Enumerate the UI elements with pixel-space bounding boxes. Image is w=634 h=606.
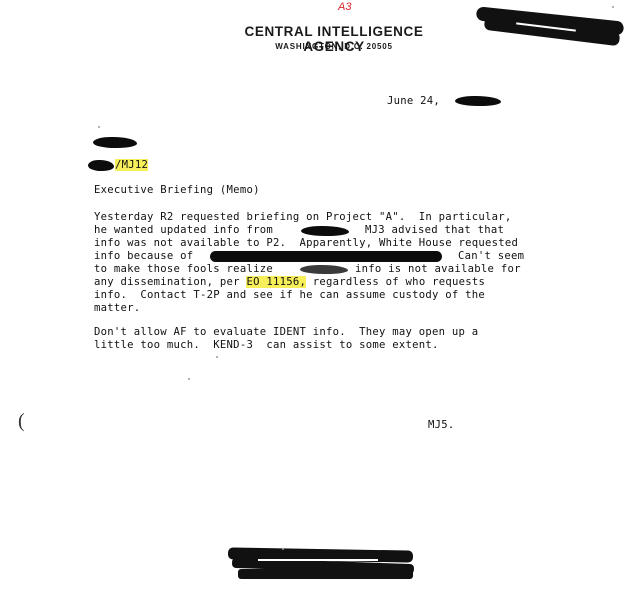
margin-annotation: A3 <box>338 1 351 13</box>
signature: MJ5. <box>428 419 455 432</box>
p1-line7: info. Contact T-2P and see if he can ass… <box>94 289 485 302</box>
p1-subject-redaction <box>300 265 348 274</box>
memo-date: June 24, <box>387 95 440 108</box>
p1-line5a: to make those fools realize <box>94 263 273 276</box>
scan-speck <box>282 548 284 550</box>
p1-line5b: info is not available for <box>355 263 521 276</box>
p1-line6: any dissemination, per EO 11156, regardl… <box>94 276 485 289</box>
p1-line4b: Can't seem <box>458 250 524 263</box>
p1-name-redaction <box>301 226 349 236</box>
memo-subject: Executive Briefing (Memo) <box>94 184 260 197</box>
p1-line4a: info because of <box>94 250 193 263</box>
letterhead-address: WASHINGTON, D.C. 20505 <box>214 42 454 51</box>
scan-speck <box>612 6 614 8</box>
bottom-classification-redaction <box>228 545 418 585</box>
routing-redaction <box>88 160 114 171</box>
date-year-redaction <box>455 96 501 106</box>
p1-line8: matter. <box>94 302 140 315</box>
scan-speck <box>188 378 190 380</box>
p1-line6a: any dissemination, per <box>94 276 240 288</box>
p2-line2: little too much. KEND-3 can assist to so… <box>94 339 439 352</box>
executive-order-highlight: EO 11156, <box>246 276 306 288</box>
p1-line1: Yesterday R2 requested briefing on Proje… <box>94 211 512 224</box>
addressee-redaction <box>93 137 137 148</box>
margin-bracket-mark: ( <box>18 410 25 433</box>
scan-speck <box>98 126 100 128</box>
p1-line6b: regardless of who requests <box>313 276 485 288</box>
p1-line3: info was not available to P2. Apparently… <box>94 237 518 250</box>
p1-line2a: he wanted updated info from <box>94 224 273 237</box>
routing-line: /MJ12 <box>115 159 148 172</box>
p2-line1: Don't allow AF to evaluate IDENT info. T… <box>94 326 478 339</box>
routing-highlight: /MJ12 <box>115 159 148 171</box>
p1-line2b: MJ3 advised that that <box>365 224 504 237</box>
scan-speck <box>216 356 218 358</box>
top-classification-redaction <box>476 8 626 44</box>
p1-reason-redaction <box>210 251 442 262</box>
